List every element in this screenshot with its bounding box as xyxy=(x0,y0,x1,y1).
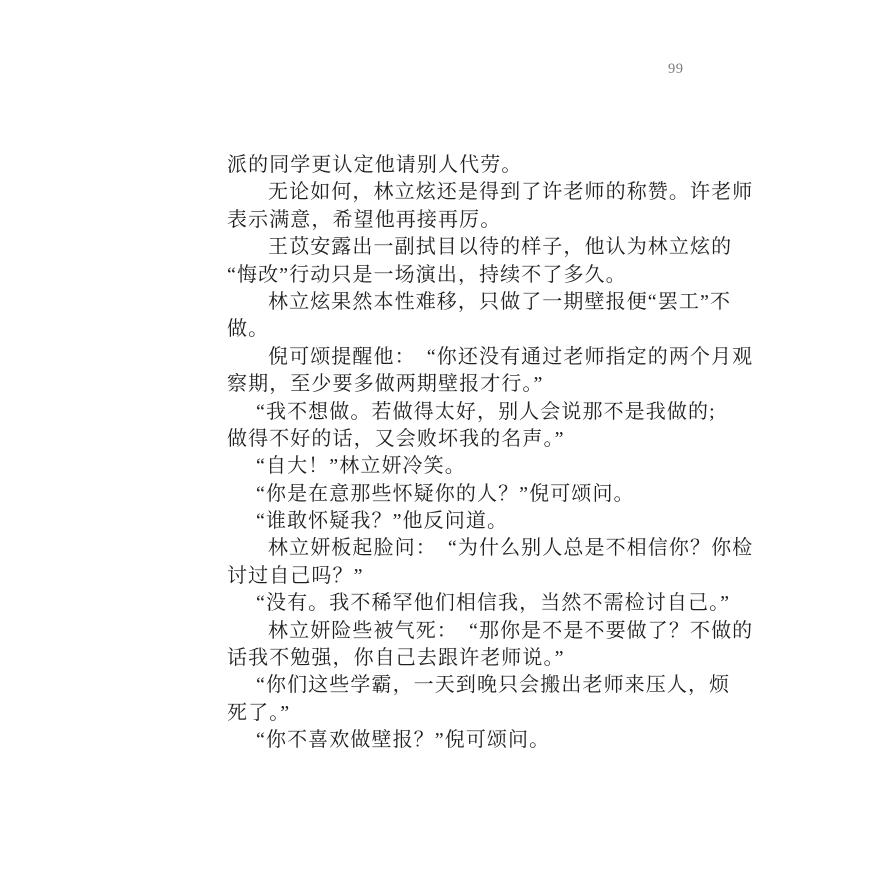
text-line: 话我不勉强，你自己去跟许老师说。” xyxy=(227,645,657,672)
text-line: 做得不好的话，又会败坏我的名声。” xyxy=(227,426,657,453)
text-line: “悔改”行动只是一场演出，持续不了多久。 xyxy=(227,262,657,289)
text-line: 林立妍板起脸问： “为什么别人总是不相信你？你检 xyxy=(227,535,657,562)
text-line: “自大！”林立妍冷笑。 xyxy=(227,453,657,480)
book-page: 99 派的同学更认定他请别人代劳。无论如何，林立炫还是得到了许老师的称赞。许老师… xyxy=(0,0,874,874)
text-line: “我不想做。若做得太好，别人会说那不是我做的; xyxy=(227,399,657,426)
text-line: 派的同学更认定他请别人代劳。 xyxy=(227,152,657,179)
text-line: 无论如何，林立炫还是得到了许老师的称赞。许老师 xyxy=(227,179,657,206)
text-body: 派的同学更认定他请别人代劳。无论如何，林立炫还是得到了许老师的称赞。许老师表示满… xyxy=(227,152,657,755)
text-line: 表示满意，希望他再接再厉。 xyxy=(227,207,657,234)
text-line: 王苡安露出一副拭目以待的样子，他认为林立炫的 xyxy=(227,234,657,261)
text-line: “你们这些学霸，一天到晚只会搬出老师来压人，烦 xyxy=(227,672,657,699)
page-number: 99 xyxy=(668,61,684,78)
text-line: 察期，至少要多做两期壁报才行。” xyxy=(227,371,657,398)
text-line: 死了。” xyxy=(227,700,657,727)
text-line: “没有。我不稀罕他们相信我，当然不需检讨自己。” xyxy=(227,590,657,617)
text-line: 林立炫果然本性难移，只做了一期壁报便“罢工”不 xyxy=(227,289,657,316)
text-line: 讨过自己吗？” xyxy=(227,563,657,590)
text-line: 做。 xyxy=(227,316,657,343)
text-line: “你不喜欢做壁报？”倪可颂问。 xyxy=(227,727,657,754)
text-line: 倪可颂提醒他： “你还没有通过老师指定的两个月观 xyxy=(227,344,657,371)
text-line: “你是在意那些怀疑你的人？”倪可颂问。 xyxy=(227,481,657,508)
text-line: “谁敢怀疑我？”他反问道。 xyxy=(227,508,657,535)
text-line: 林立妍险些被气死： “那你是不是不要做了？不做的 xyxy=(227,618,657,645)
